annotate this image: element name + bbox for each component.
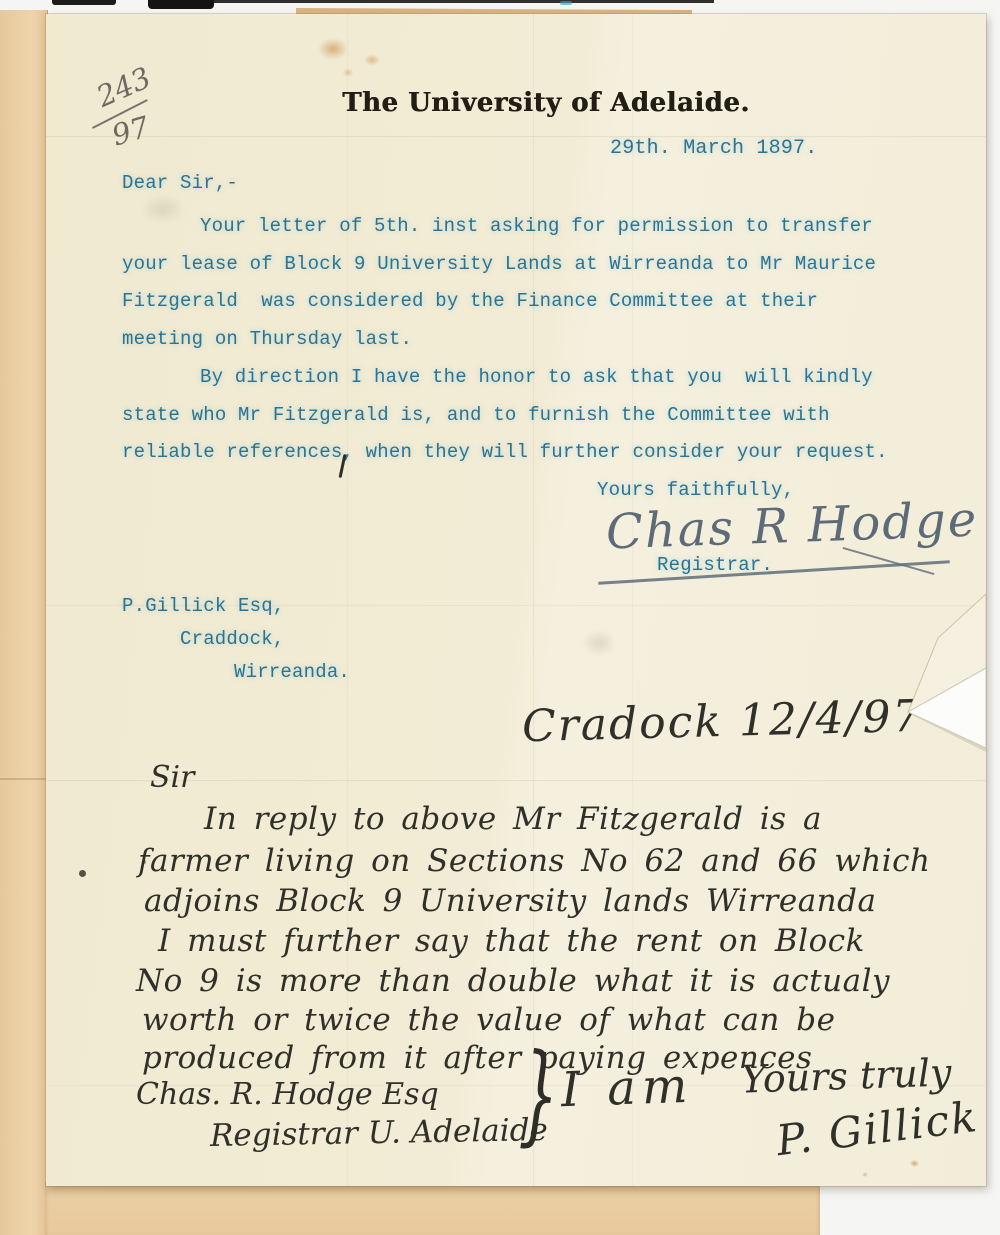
letter-date: 29th. March 1897. (610, 137, 817, 160)
registrar-signature: Chas R Hodge (605, 492, 979, 561)
ink-spot (79, 870, 86, 877)
reply-closing-phrase: I am (560, 1058, 694, 1119)
reply-line: No 9 is more than double what it is actu… (136, 963, 890, 999)
valediction: Yours faithfully, (597, 479, 794, 501)
scanner-artifact-mark (52, 0, 116, 5)
scanner-artifact-mark (148, 0, 214, 9)
foxing-stain (318, 38, 348, 60)
body-line: meeting on Thursday last. (122, 328, 412, 350)
backing-page-left-fold (0, 778, 47, 780)
letterhead-title: The University of Adelaide. (336, 88, 756, 118)
reply-valediction: Yours truly (740, 1050, 952, 1101)
foxing-stain (862, 1172, 868, 1177)
addressee-name: P.Gillick Esq, (122, 595, 284, 617)
body-line: your lease of Block 9 University Lands a… (122, 253, 876, 275)
addressee-line: Craddock, (180, 628, 284, 650)
reply-signature: P. Gillick (774, 1092, 981, 1165)
foxing-stain (910, 1160, 919, 1167)
reply-line: worth or twice the value of what can be (142, 1002, 835, 1038)
torn-corner (886, 574, 986, 754)
body-line: state who Mr Fitzgerald is, and to furni… (122, 404, 830, 426)
grey-smudge (582, 630, 616, 656)
body-line: Your letter of 5th. inst asking for perm… (200, 215, 873, 237)
letter-sheet: 243 97 The University of Adelaide. 29th.… (46, 14, 986, 1186)
reply-line: In reply to above Mr Fitzgerald is a (204, 801, 822, 837)
brace-flourish: } (518, 1040, 559, 1148)
reply-recipient-title: Registrar U. Adelaide (210, 1112, 548, 1154)
reply-place-date: Cradock 12/4/97 (521, 691, 923, 752)
scanned-letter-page: 243 97 The University of Adelaide. 29th.… (0, 0, 1000, 1235)
reply-line: produced from it after paying expences (142, 1040, 812, 1076)
fold-line (46, 136, 986, 138)
grey-smudge (140, 194, 186, 224)
backing-page-bottom (45, 1182, 820, 1235)
body-line: Fitzgerald was considered by the Finance… (122, 290, 818, 312)
scanner-artifact-speck (560, 1, 572, 5)
salutation: Dear Sir,- (122, 172, 238, 194)
reply-salutation: Sir (150, 760, 195, 795)
reply-line: I must further say that the rent on Bloc… (158, 923, 865, 959)
reply-line: farmer living on Sections No 62 and 66 w… (138, 843, 930, 879)
reply-recipient-name: Chas. R. Hodge Esq (136, 1077, 439, 1112)
body-line: By direction I have the honor to ask tha… (200, 366, 873, 388)
body-line: reliable references, when they will furt… (122, 441, 888, 463)
addressee-line: Wirreanda. (234, 661, 350, 683)
archive-number-numerator: 243 (91, 60, 155, 114)
backing-page-left-edge (0, 10, 48, 1235)
scanner-artifact-line (214, 0, 714, 3)
signatory-title: Registrar. (657, 554, 773, 576)
reply-line: adjoins Block 9 University lands Wirrean… (144, 883, 876, 919)
foxing-stain (364, 54, 380, 66)
